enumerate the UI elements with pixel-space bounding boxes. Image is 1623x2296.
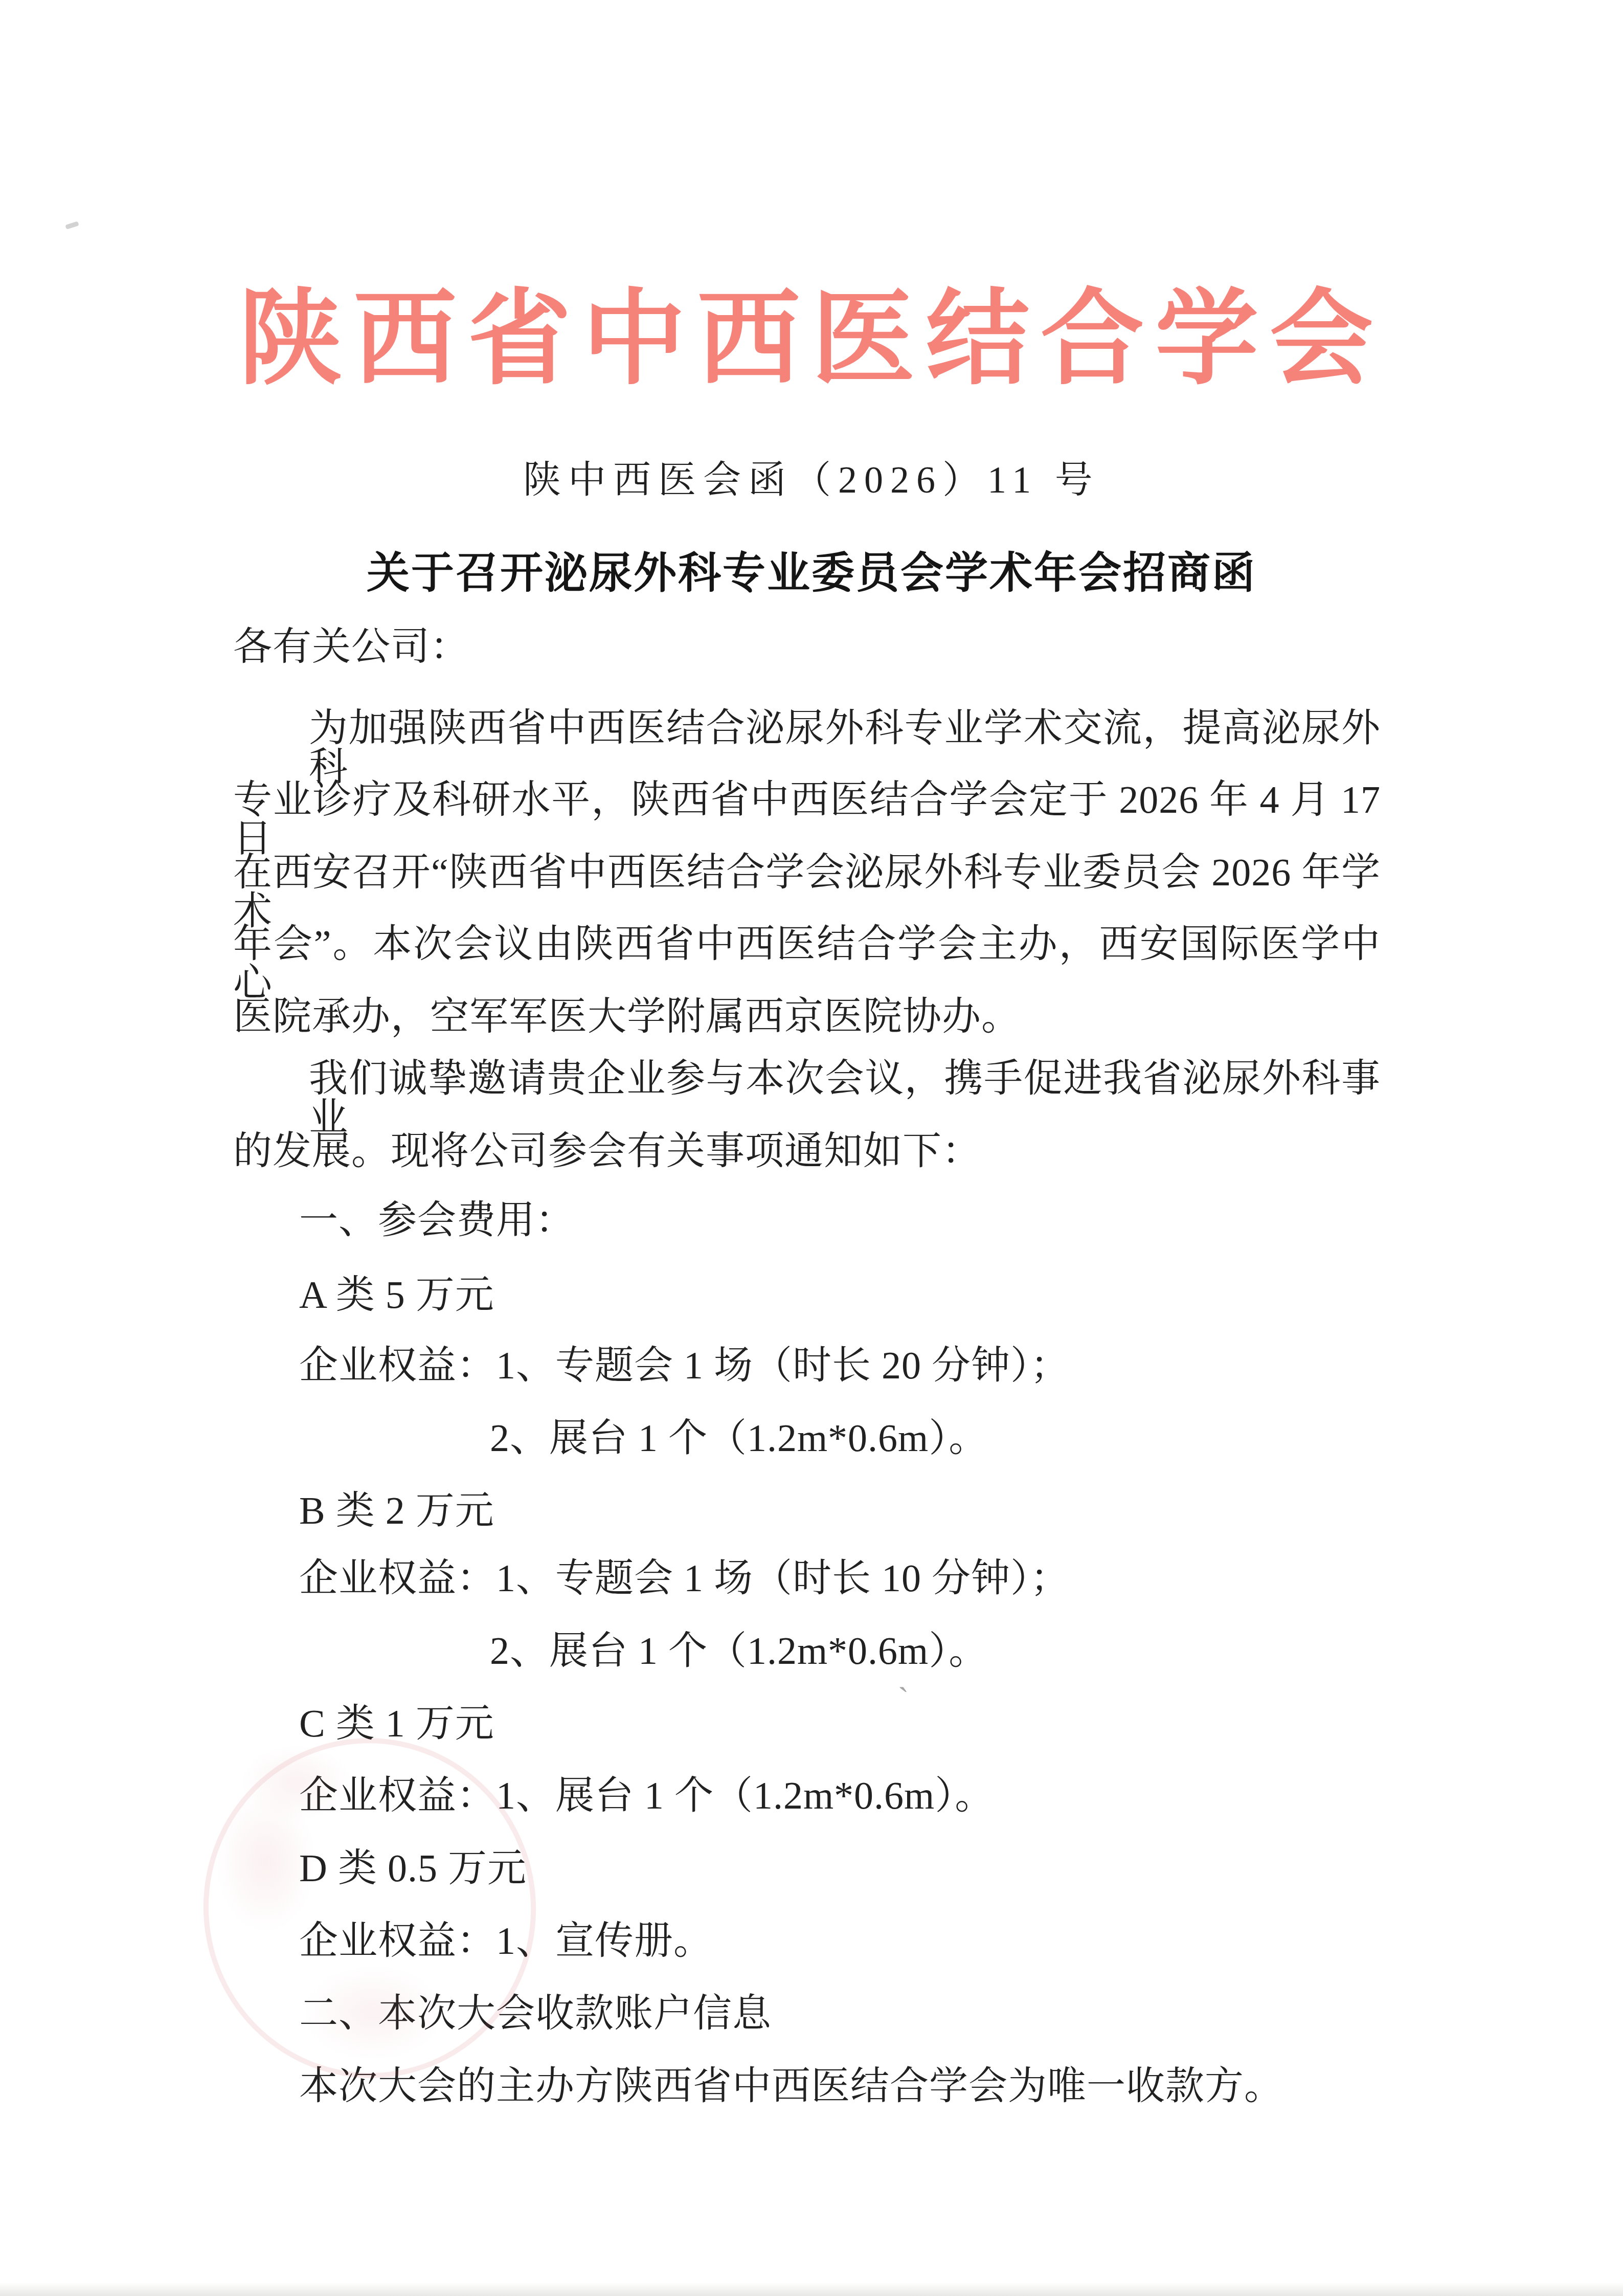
subject-heading: 关于召开泌尿外科专业委员会学术年会招商函 — [0, 552, 1623, 595]
fees-section-heading: 一、参会费用： — [299, 1201, 575, 1240]
paragraph-1-line-5: 医院承办，空军军医大学附属西京医院协办。 — [233, 997, 1021, 1036]
paragraph-1-line-4: 年会”。本次会议由陕西省中西医结合学会主办，西安国际医学中心 — [233, 925, 1381, 1002]
scan-speck — [65, 221, 79, 230]
scan-edge-artifact — [0, 2283, 1623, 2296]
tier-a-price: A 类 5 万元 — [299, 1276, 494, 1314]
tier-a-benefit-2: 2、展台 1 个（1.2m*0.6m）。 — [490, 1419, 988, 1458]
tier-b-price: B 类 2 万元 — [299, 1491, 494, 1530]
doc-number: 陕中西医会函（2026）11 号 — [0, 461, 1623, 499]
paragraph-1-line-1: 为加强陕西省中西医结合泌尿外科专业学术交流，提高泌尿外科 — [309, 709, 1381, 787]
paragraph-1-line-3: 在西安召开“陕西省中西医结合学会泌尿外科专业委员会 2026 年学术 — [233, 853, 1381, 931]
paragraph-2-line-2: 的发展。现将公司参会有关事项通知如下： — [233, 1132, 981, 1171]
scanned-letter: { "letterhead": { "org_title": "陕西省中西医结合… — [0, 0, 1623, 2296]
org-title: 陕西省中西医结合学会 — [0, 280, 1623, 399]
tier-c-price: C 类 1 万元 — [299, 1704, 494, 1743]
paragraph-1-line-2: 专业诊疗及科研水平，陕西省中西医结合学会定于 2026 年 4 月 17 日 — [233, 781, 1381, 858]
payee-statement: 本次大会的主办方陕西省中西医结合学会为唯一收款方。 — [299, 2067, 1283, 2106]
stamp-smudge — [302, 1964, 445, 2061]
salutation: 各有关公司： — [233, 628, 469, 666]
tier-b-benefit-2: 2、展台 1 个（1.2m*0.6m）。 — [490, 1632, 988, 1670]
stamp-smudge — [240, 1744, 353, 1821]
tier-b-benefit-1: 企业权益：1、专题会 1 场（时长 10 分钟）； — [299, 1559, 1070, 1598]
paragraph-2-line-1: 我们诚挚邀请贵企业参与本次会议，携手促进我省泌尿外科事业 — [309, 1059, 1381, 1137]
tier-a-benefit-1: 企业权益：1、专题会 1 场（时长 20 分钟）； — [299, 1346, 1070, 1385]
